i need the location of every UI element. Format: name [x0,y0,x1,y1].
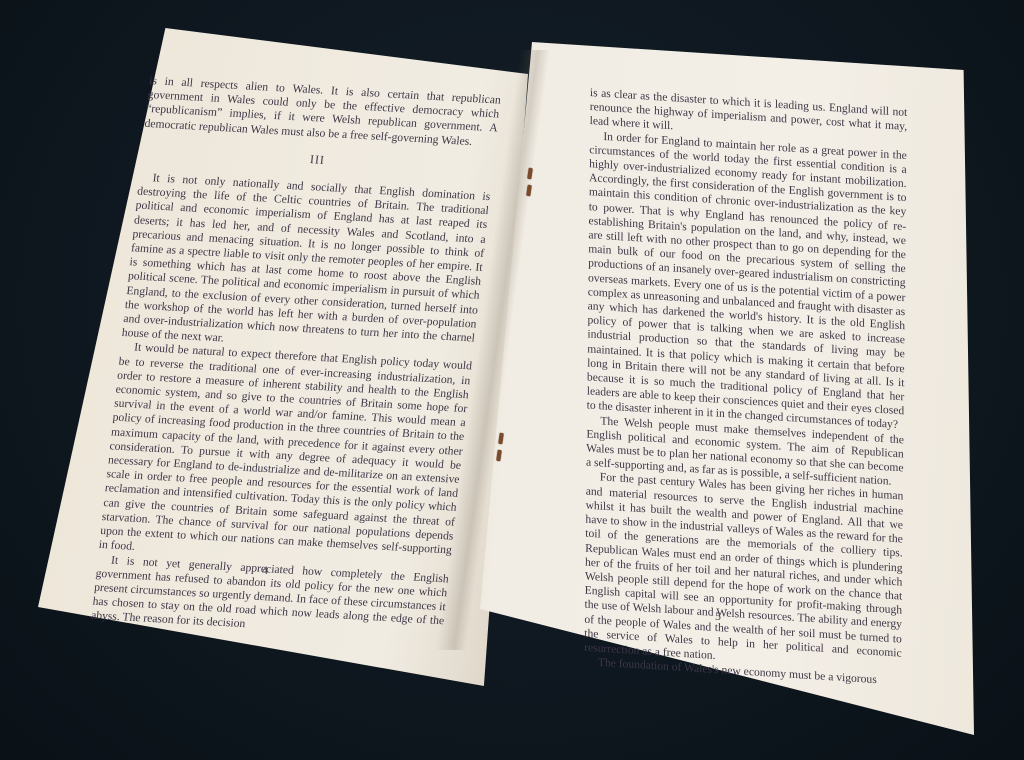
right-paragraph-4: For the past century Wales has been givi… [584,470,903,675]
left-page-number: 4 [262,563,268,578]
photo-scene: is in all respects alien to Wales. It is… [0,0,1024,760]
left-paragraph-1: It is not only nationally and socially t… [121,171,491,360]
right-page-text: is as clear as the disaster to which it … [584,86,907,689]
right-page-number: 5 [715,609,721,624]
section-heading: III [141,143,494,177]
left-page-text: is in all respects alien to Wales. It is… [90,74,501,643]
right-paragraph-2: In order for England to maintain her rol… [587,129,907,433]
left-paragraph-2: It would be natural to expect therefore … [98,340,472,572]
